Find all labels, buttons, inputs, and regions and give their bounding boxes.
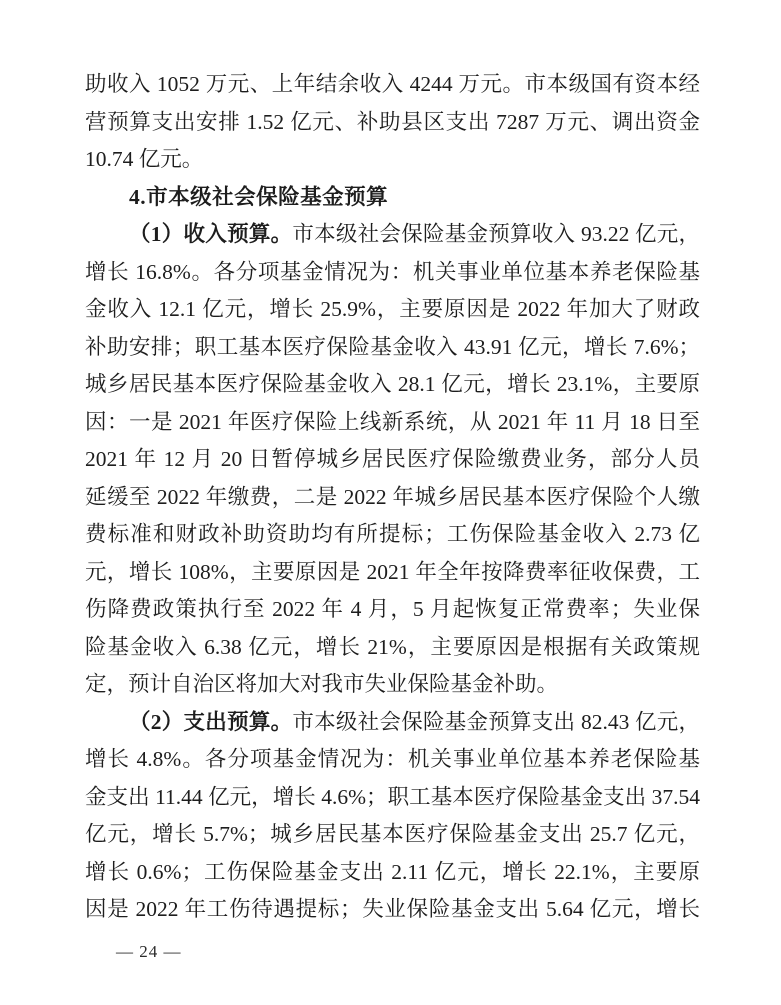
- expense-paragraph-first-line: （2）支出预算。市本级社会保险基金预算支出 82.43 亿元，: [85, 704, 700, 742]
- opening-paragraph-line: 10.74 亿元。: [85, 141, 700, 179]
- expense-paragraph-line: 增长 4.8%。各分项基金情况为：机关事业单位基本养老保险基: [85, 741, 700, 779]
- income-paragraph-line: 补助安排；职工基本医疗保险基金收入 43.91 亿元，增长 7.6%；: [85, 329, 700, 367]
- document-page: 助收入 1052 万元、上年结余收入 4244 万元。市本级国有资本经 营预算支…: [0, 0, 781, 1005]
- income-paragraph-line: 增长 16.8%。各分项基金情况为：机关事业单位基本养老保险基: [85, 254, 700, 292]
- income-paragraph-line: 定，预计自治区将加大对我市失业保险基金补助。: [85, 666, 700, 704]
- income-paragraph-line: 2021 年 12 月 20 日暂停城乡居民医疗保险缴费业务，部分人员: [85, 441, 700, 479]
- expense-paragraph-line: 金支出 11.44 亿元，增长 4.6%；职工基本医疗保险基金支出 37.54: [85, 779, 700, 817]
- expense-paragraph-line: 增长 0.6%；工伤保险基金支出 2.11 亿元，增长 22.1%，主要原: [85, 854, 700, 892]
- expense-paragraph-lead-rest: 市本级社会保险基金预算支出 82.43 亿元，: [292, 710, 700, 734]
- income-paragraph-line: 元，增长 108%，主要原因是 2021 年全年按降费率征收保费，工: [85, 554, 700, 592]
- income-paragraph-lead-rest: 市本级社会保险基金预算收入 93.22 亿元，: [292, 222, 700, 246]
- income-paragraph-first-line: （1）收入预算。市本级社会保险基金预算收入 93.22 亿元，: [85, 216, 700, 254]
- expense-paragraph-line: 因是 2022 年工伤待遇提标；失业保险基金支出 5.64 亿元，增长: [85, 891, 700, 929]
- document-body-text: 助收入 1052 万元、上年结余收入 4244 万元。市本级国有资本经 营预算支…: [85, 66, 700, 929]
- income-paragraph-line: 延缓至 2022 年缴费，二是 2022 年城乡居民基本医疗保险个人缴: [85, 479, 700, 517]
- page-number: — 24 —: [116, 942, 182, 962]
- income-paragraph-line: 城乡居民基本医疗保险基金收入 28.1 亿元，增长 23.1%，主要原: [85, 366, 700, 404]
- opening-paragraph-line: 营预算支出安排 1.52 亿元、补助县区支出 7287 万元、调出资金: [85, 104, 700, 142]
- section-heading-social-insurance-fund-budget: 4.市本级社会保险基金预算: [85, 179, 700, 217]
- income-paragraph-line: 险基金收入 6.38 亿元，增长 21%，主要原因是根据有关政策规: [85, 629, 700, 667]
- expense-paragraph-line: 亿元，增长 5.7%；城乡居民基本医疗保险基金支出 25.7 亿元，: [85, 816, 700, 854]
- income-paragraph-lead: （1）收入预算。: [129, 222, 292, 246]
- expense-paragraph-lead: （2）支出预算。: [129, 710, 292, 734]
- income-paragraph-line: 因：一是 2021 年医疗保险上线新系统，从 2021 年 11 月 18 日至: [85, 404, 700, 442]
- opening-paragraph-line: 助收入 1052 万元、上年结余收入 4244 万元。市本级国有资本经: [85, 66, 700, 104]
- income-paragraph-line: 金收入 12.1 亿元，增长 25.9%，主要原因是 2022 年加大了财政: [85, 291, 700, 329]
- income-paragraph-line: 费标准和财政补助资助均有所提标；工伤保险基金收入 2.73 亿: [85, 516, 700, 554]
- income-paragraph-line: 伤降费政策执行至 2022 年 4 月，5 月起恢复正常费率；失业保: [85, 591, 700, 629]
